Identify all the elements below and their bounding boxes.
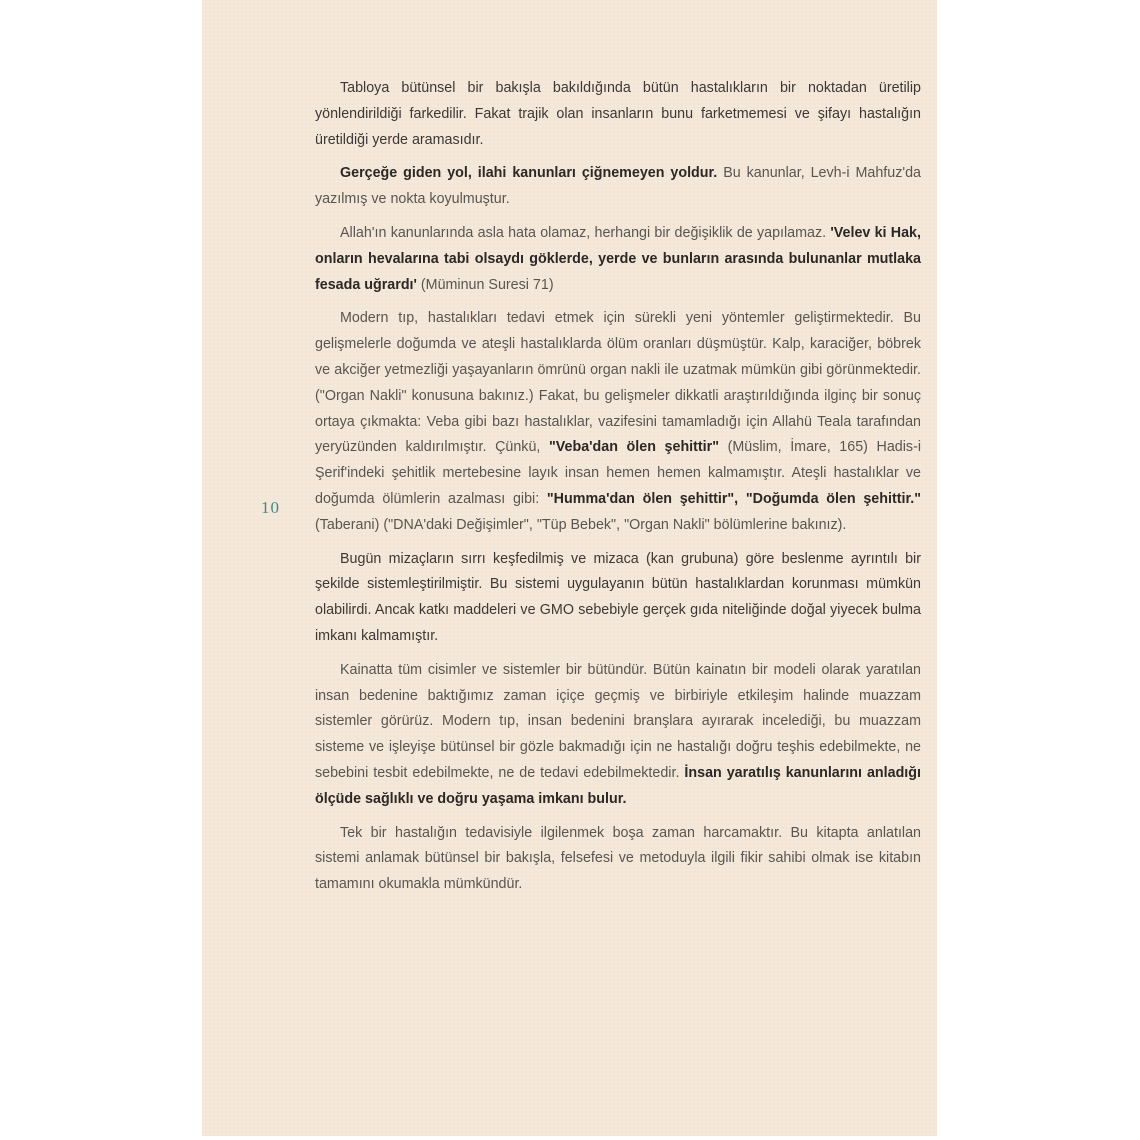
paragraph-5: Bugün mizaçların sırrı keşfedilmiş ve mi…	[315, 547, 921, 650]
citation-text: (Taberani) ("DNA'daki Değişimler", "Tüp …	[315, 517, 846, 533]
paragraph-7: Tek bir hastalığın tedavisiyle ilgilenme…	[315, 821, 921, 898]
paragraph-1: Tabloya bütünsel bir bakışla bakıldığınd…	[315, 76, 921, 153]
paragraph-text: Kainatta tüm cisimler ve sistemler bir b…	[315, 662, 921, 781]
paragraph-4: Modern tıp, hastalıkları tedavi etmek iç…	[315, 306, 921, 538]
paragraph-3: Allah'ın kanunlarında asla hata olamaz, …	[315, 221, 921, 298]
paragraph-text: Modern tıp, hastalıkları tedavi etmek iç…	[315, 310, 921, 455]
paragraph-text: Allah'ın kanunlarında asla hata olamaz, …	[340, 225, 830, 241]
paragraph-text: Tek bir hastalığın tedavisiyle ilgilenme…	[315, 825, 921, 893]
paragraph-text: Tabloya bütünsel bir bakışla bakıldığınd…	[315, 80, 921, 148]
page-number: 10	[261, 498, 280, 518]
emphasis-text: Gerçeğe giden yol, ilahi kanunları çiğne…	[340, 165, 717, 181]
paragraph-6: Kainatta tüm cisimler ve sistemler bir b…	[315, 658, 921, 813]
paragraph-2: Gerçeğe giden yol, ilahi kanunları çiğne…	[315, 161, 921, 213]
quote-text: "Veba'dan ölen şehittir"	[549, 439, 719, 455]
body-text: Tabloya bütünsel bir bakışla bakıldığınd…	[315, 76, 921, 906]
quote-text: "Humma'dan ölen şehittir", "Doğumda ölen…	[547, 491, 921, 507]
paragraph-text: Bugün mizaçların sırrı keşfedilmiş ve mi…	[315, 551, 921, 644]
book-page: 10 Tabloya bütünsel bir bakışla bakıldığ…	[202, 0, 937, 1136]
citation-text: (Müminun Suresi 71)	[417, 277, 554, 293]
